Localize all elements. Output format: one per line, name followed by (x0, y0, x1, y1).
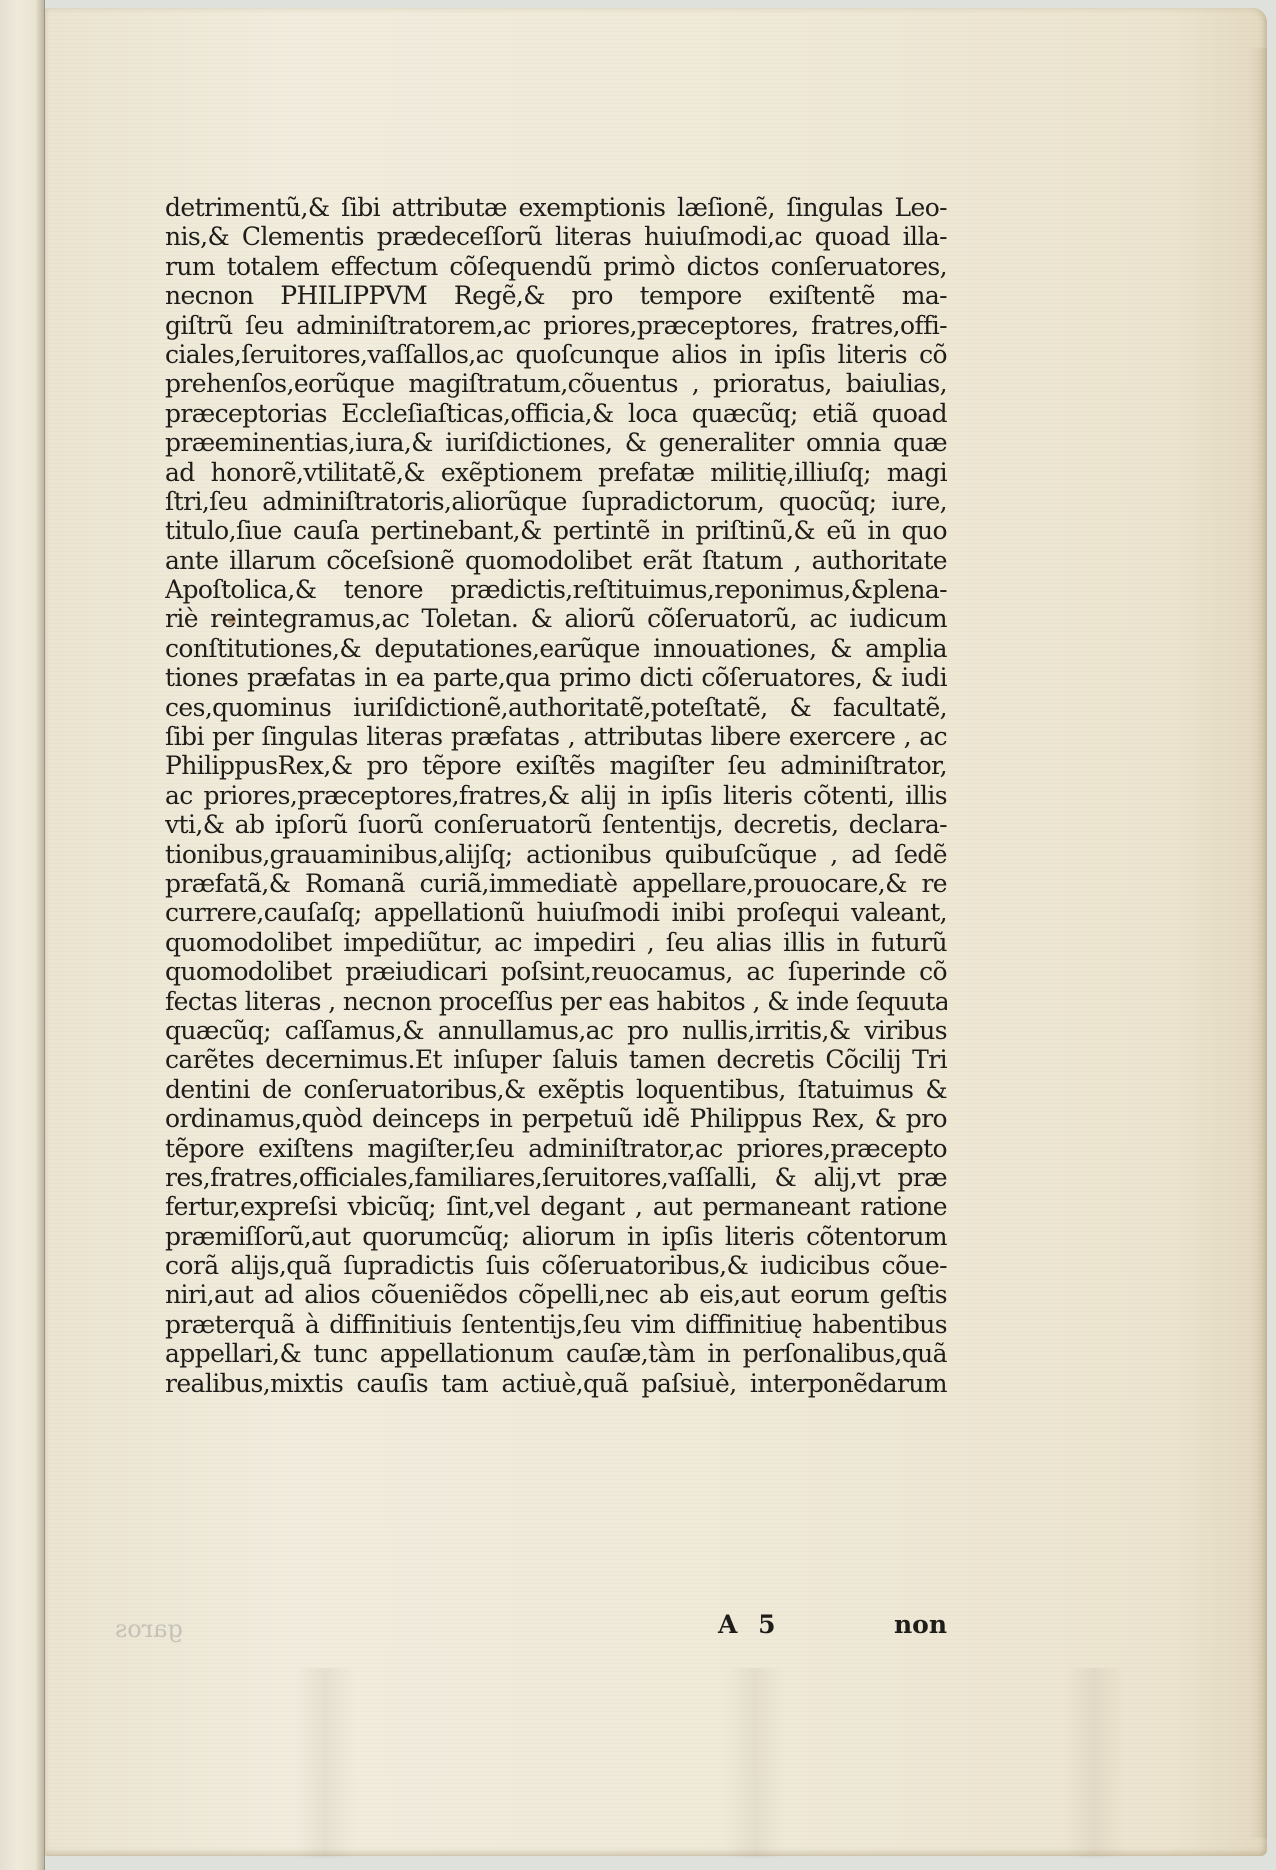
text-line: ſibi per ſingulas literas præfatas , att… (165, 722, 947, 751)
text-line: quomodolibet impediũtur, ac impediri , ſ… (165, 928, 947, 957)
text-line: quomodolibet præiudicari poſsint,reuocam… (165, 957, 947, 986)
text-line: præmiſſorũ,aut quorumcũq; aliorum in ipſ… (165, 1222, 947, 1251)
text-line: rum totalem effectum cõſequendũ primò di… (165, 252, 947, 281)
text-line: detrimentũ,& ſibi attributæ exemptionis … (165, 193, 947, 222)
text-line: prehenſos,eorũque magiſtratum,cõuentus ,… (165, 369, 947, 398)
text-line: currere,cauſaſq; appellationũ huiuſmodi … (165, 898, 947, 927)
text-line (165, 1457, 947, 1486)
text-line: res,fratres,officiales,familiares,ſeruit… (165, 1163, 947, 1192)
text-line: fectas literas , necnon proceſſus per ea… (165, 987, 947, 1016)
text-line: ante illarum cõceſsionẽ quomodolibet erã… (165, 546, 947, 575)
text-line: titulo,ſiue cauſa pertinebant,& pertintẽ… (165, 516, 947, 545)
text-line (165, 1545, 947, 1574)
text-line: fertur,expreſsi vbicũq; ſint,vel degant … (165, 1192, 947, 1221)
signature-mark: A 5 (718, 1610, 782, 1639)
text-line: necnon PHILIPPVM Regẽ,& pro tempore exiſ… (165, 281, 947, 310)
text-line: vti,& ab ipſorũ ſuorũ conſeruatorũ ſente… (165, 810, 947, 839)
catchword: non (894, 1610, 947, 1639)
text-line: præceptorias Eccleſiaſticas,officia,& lo… (165, 399, 947, 428)
text-line: ciales,ſeruitores,vaſſallos,ac quoſcunqu… (165, 340, 947, 369)
text-line: giſtrũ ſeu adminiſtratorem,ac priores,pr… (165, 311, 947, 340)
paper-fold-shadow (1065, 1668, 1125, 1858)
text-line: conſtitutiones,& deputationes,earũque in… (165, 634, 947, 663)
text-line (165, 1486, 947, 1515)
text-line: riè reintegramus,ac Toletan. & aliorũ cõ… (165, 604, 947, 633)
text-line (165, 1516, 947, 1545)
paper-fold-shadow (295, 1668, 355, 1858)
text-line: ſtri,ſeu adminiſtratoris,aliorũque ſupra… (165, 487, 947, 516)
text-line: ac priores,præceptores,fratres,& alij in… (165, 781, 947, 810)
text-line (165, 1398, 947, 1427)
scanned-page-background: detrimentũ,& ſibi attributæ exemptionis … (0, 0, 1276, 1870)
text-line: ces,quominus iuriſdictionẽ,authoritatẽ,p… (165, 693, 947, 722)
text-line: Apoſtolica,& tenore prædictis,reſtituimu… (165, 575, 947, 604)
body-text: detrimentũ,& ſibi attributæ exemptionis … (165, 193, 947, 1574)
text-line: realibus,mixtis cauſis tam actiuè,quã pa… (165, 1369, 947, 1398)
text-line: quæcũq; caſſamus,& annullamus,ac pro nul… (165, 1016, 947, 1045)
text-line: carẽtes decernimus.Et inſuper ſaluis tam… (165, 1045, 947, 1074)
book-gutter-spine (0, 0, 45, 1870)
text-line: præfatã,& Romanã curiã,immediatè appella… (165, 869, 947, 898)
paper-fold-shadow (725, 1668, 785, 1858)
text-line: PhilippusRex,& pro tẽpore exiſtẽs magiſt… (165, 751, 947, 780)
text-line: dentini de conſeruatoribus,& exẽptis loq… (165, 1075, 947, 1104)
text-line: præeminentias,iura,& iuriſdictiones, & g… (165, 428, 947, 457)
text-line: tionibus,grauaminibus,alijſq; actionibus… (165, 840, 947, 869)
text-line: ordinamus,quòd deinceps in perpetuũ idẽ … (165, 1104, 947, 1133)
text-line (165, 1427, 947, 1456)
page-footer: A 5 non (165, 1610, 947, 1644)
text-line: præterquã à diffinitiuis ſententijs,ſeu … (165, 1310, 947, 1339)
text-line: niri,aut ad alios cõueniẽdos cõpelli,nec… (165, 1280, 947, 1309)
page-edge-shadow (1249, 48, 1267, 1838)
text-line: tẽpore exiſtens magiſter,ſeu adminiſtrat… (165, 1134, 947, 1163)
text-line: ad honorẽ,vtilitatẽ,& exẽptionem prefatæ… (165, 458, 947, 487)
text-line: appellari,& tunc appellationum cauſæ,tàm… (165, 1339, 947, 1368)
text-line: nis,& Clementis prædeceſſorũ literas hui… (165, 222, 947, 251)
text-line: tiones præfatas in ea parte,qua primo di… (165, 663, 947, 692)
text-line: corã alijs,quã ſupradictis ſuis cõſeruat… (165, 1251, 947, 1280)
